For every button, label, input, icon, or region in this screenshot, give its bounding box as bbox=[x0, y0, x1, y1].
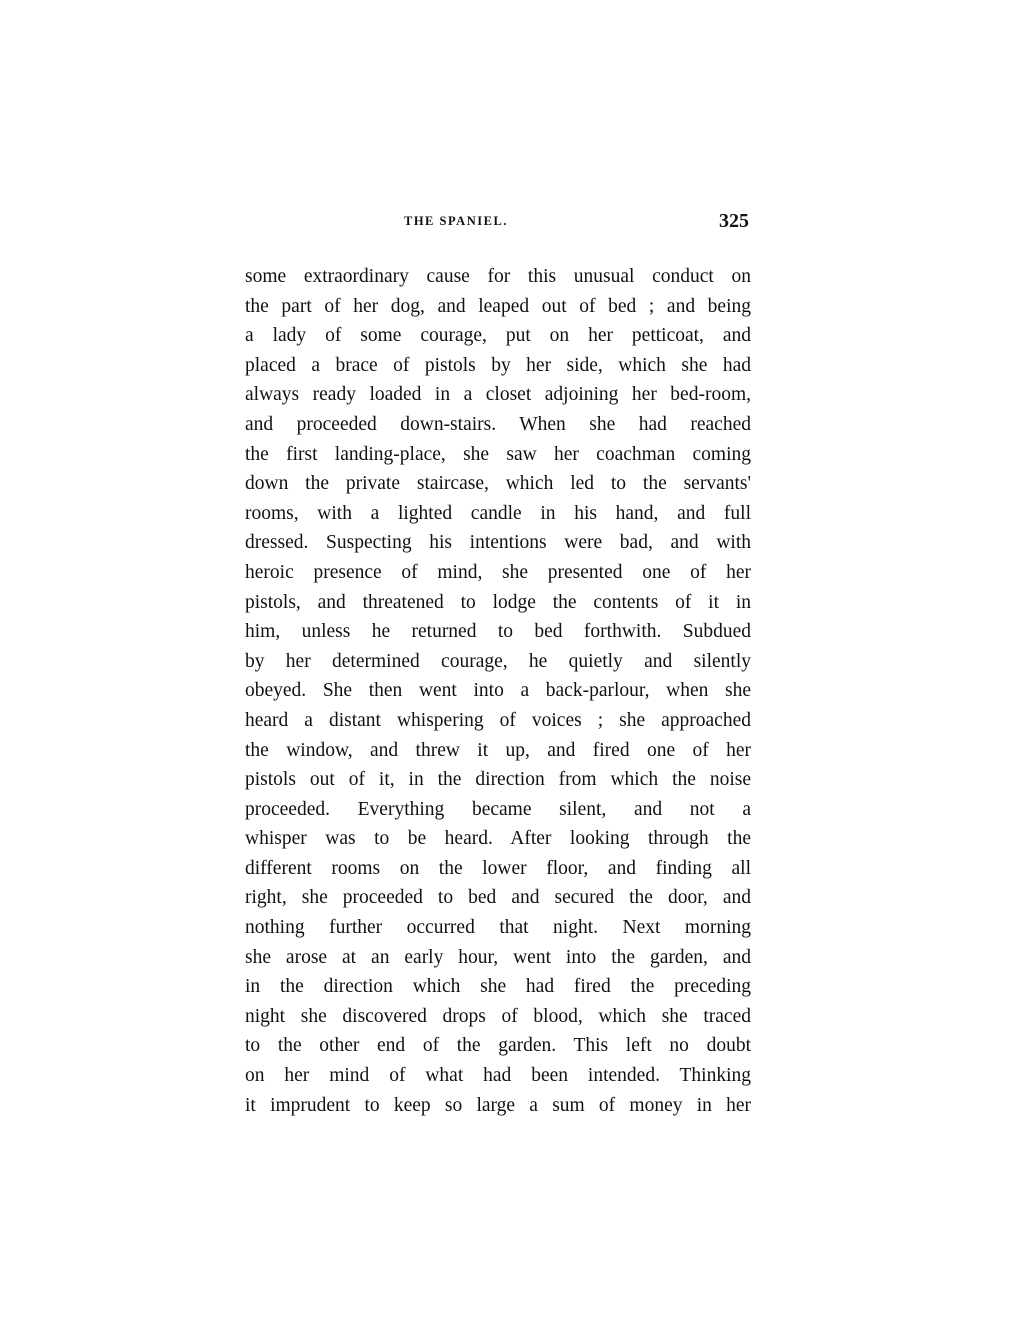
text-line: down the private staircase, which led to… bbox=[245, 469, 751, 499]
text-line: different rooms on the lower floor, and … bbox=[245, 854, 751, 884]
text-line: and proceeded down-stairs. When she had … bbox=[245, 410, 751, 440]
text-line: the window, and threw it up, and fired o… bbox=[245, 736, 751, 766]
text-line: a lady of some courage, put on her petti… bbox=[245, 321, 751, 351]
text-line: she arose at an early hour, went into th… bbox=[245, 943, 751, 973]
text-line: in the direction which she had fired the… bbox=[245, 972, 751, 1002]
text-line: heard a distant whispering of voices ; s… bbox=[245, 706, 751, 736]
text-line: always ready loaded in a closet adjoinin… bbox=[245, 380, 751, 410]
book-page: THE SPANIEL. 325 some extraordinary caus… bbox=[245, 210, 751, 1120]
text-line: the part of her dog, and leaped out of b… bbox=[245, 292, 751, 322]
text-line: pistols out of it, in the direction from… bbox=[245, 765, 751, 795]
text-line: obeyed. She then went into a back-parlou… bbox=[245, 676, 751, 706]
text-line: the first landing-place, she saw her coa… bbox=[245, 440, 751, 470]
text-line: rooms, with a lighted candle in his hand… bbox=[245, 499, 751, 529]
page-number: 325 bbox=[719, 210, 749, 233]
text-line: proceeded. Everything became silent, and… bbox=[245, 795, 751, 825]
text-line: it imprudent to keep so large a sum of m… bbox=[245, 1091, 751, 1121]
text-line: some extraordinary cause for this unusua… bbox=[245, 262, 751, 292]
text-line: to the other end of the garden. This lef… bbox=[245, 1031, 751, 1061]
text-line: night she discovered drops of blood, whi… bbox=[245, 1002, 751, 1032]
text-line: dressed. Suspecting his intentions were … bbox=[245, 528, 751, 558]
text-line: whisper was to be heard. After looking t… bbox=[245, 824, 751, 854]
text-line: on her mind of what had been intended. T… bbox=[245, 1061, 751, 1091]
text-line: by her determined courage, he quietly an… bbox=[245, 647, 751, 677]
running-head: THE SPANIEL. 325 bbox=[245, 210, 751, 240]
running-title: THE SPANIEL. bbox=[404, 214, 508, 229]
text-line: pistols, and threatened to lodge the con… bbox=[245, 588, 751, 618]
text-line: heroic presence of mind, she presented o… bbox=[245, 558, 751, 588]
text-line: right, she proceeded to bed and secured … bbox=[245, 883, 751, 913]
text-line: placed a brace of pistols by her side, w… bbox=[245, 351, 751, 381]
text-line: nothing further occurred that night. Nex… bbox=[245, 913, 751, 943]
body-text: some extraordinary cause for this unusua… bbox=[245, 262, 751, 1120]
text-line: him, unless he returned to bed forthwith… bbox=[245, 617, 751, 647]
